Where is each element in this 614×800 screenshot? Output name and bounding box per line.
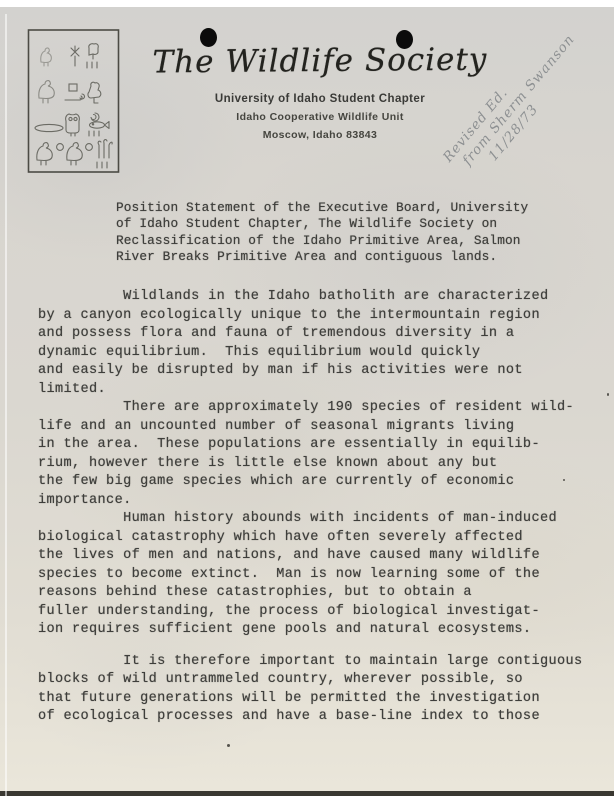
hieroglyph-logo-icon bbox=[27, 28, 120, 174]
scan-fold-line bbox=[5, 14, 7, 798]
paragraph: Wildlands in the Idaho batholith are cha… bbox=[38, 288, 588, 399]
letterhead-org-line: University of Idaho Student Chapter bbox=[148, 93, 492, 105]
paragraph: Human history abounds with incidents of … bbox=[38, 510, 588, 640]
scan-speck bbox=[342, 316, 344, 319]
position-statement-heading: Position Statement of the Executive Boar… bbox=[116, 200, 556, 266]
letterhead-org-line: Moscow, Idaho 83843 bbox=[148, 129, 492, 141]
letterhead-org-line: Idaho Cooperative Wildlife Unit bbox=[148, 111, 492, 123]
scan-speck bbox=[607, 393, 609, 396]
paragraph: It is therefore important to maintain la… bbox=[38, 653, 588, 727]
letterhead-address: University of Idaho Student Chapter Idah… bbox=[148, 93, 492, 147]
letterhead-title: The Wildlife Society bbox=[148, 41, 492, 90]
paragraph: There are approximately 190 species of r… bbox=[38, 399, 588, 510]
document-page: The Wildlife Society University of Idaho… bbox=[0, 7, 614, 796]
document-body: Wildlands in the Idaho batholith are cha… bbox=[38, 288, 588, 727]
scan-speck bbox=[563, 479, 565, 481]
scan-speck bbox=[227, 744, 230, 747]
